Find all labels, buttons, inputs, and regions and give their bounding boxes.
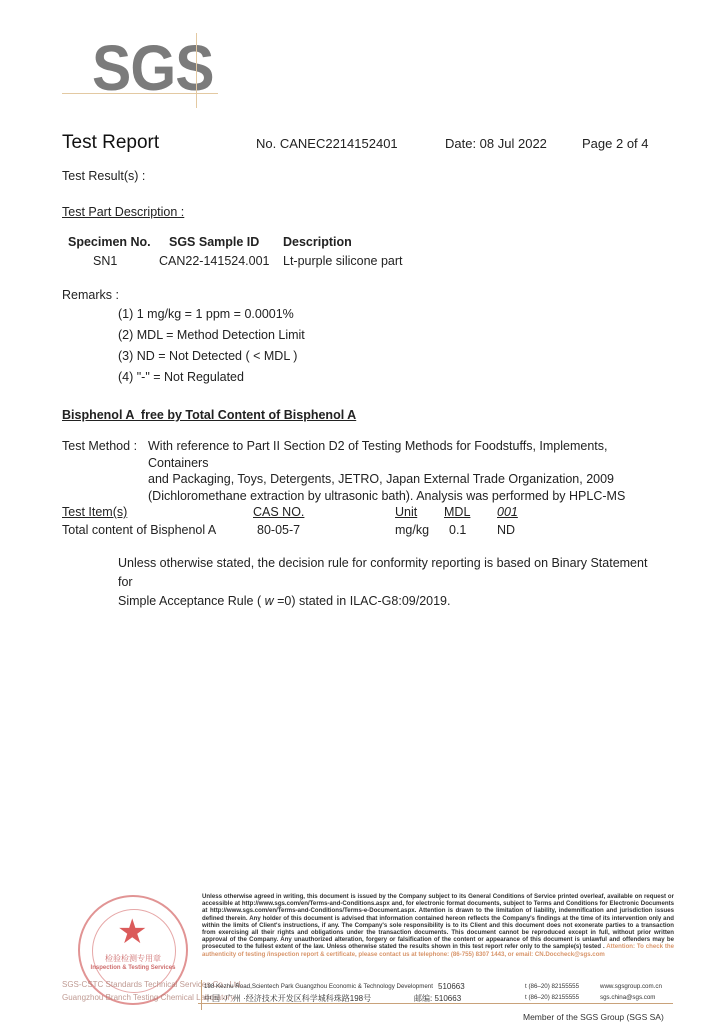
cas-no-header: CAS NO. <box>253 504 304 520</box>
description-header: Description <box>283 234 352 250</box>
unit-cell: mg/kg <box>395 522 429 538</box>
stamp-cn-text: 检验检测专用章 <box>80 953 186 964</box>
terms-text: Unless otherwise agreed in writing, this… <box>202 893 674 950</box>
stamp-en-text: Inspection & Testing Services <box>80 965 186 971</box>
test-item-cell: Total content of Bisphenol A <box>62 522 216 538</box>
remark-item: (3) ND = Not Detected ( < MDL ) <box>118 349 297 363</box>
test-method-line: With reference to Part II Section D2 of … <box>148 438 668 471</box>
remark-item: (2) MDL = Method Detection Limit <box>118 328 305 342</box>
remark-item: (1) 1 mg/kg = 1 ppm = 0.0001% <box>118 307 294 321</box>
mdl-header: MDL <box>444 504 470 520</box>
report-number: No. CANEC2214152401 <box>256 136 398 151</box>
decision-rule-line: Unless otherwise stated, the decision ru… <box>118 554 658 592</box>
logo-accent-vertical-line <box>196 33 197 108</box>
w-symbol: w <box>265 594 274 608</box>
sample-001-header: 001 <box>497 504 518 520</box>
phone-1: t (86–20) 82155555 <box>525 983 579 990</box>
decision-rule-fragment: =0) stated in ILAC-G8:09/2019. <box>274 594 451 608</box>
decision-rule-fragment: Simple Acceptance Rule ( <box>118 594 265 608</box>
postcode-english: 510663 <box>438 982 465 991</box>
remark-item: (4) "-" = Not Regulated <box>118 370 244 384</box>
test-method-label: Test Method : <box>62 438 137 454</box>
member-statement: Member of the SGS Group (SGS SA) <box>523 1012 664 1022</box>
section-title: Bisphenol A free by Total Content of Bis… <box>62 407 356 423</box>
test-results-label: Test Result(s) : <box>62 168 145 184</box>
test-method-text: With reference to Part II Section D2 of … <box>148 438 668 504</box>
terms-fine-print: Unless otherwise agreed in writing, this… <box>202 893 674 958</box>
report-date: Date: 08 Jul 2022 <box>445 136 547 151</box>
decision-rule-text: Unless otherwise stated, the decision ru… <box>118 554 658 611</box>
cas-no-cell: 80-05-7 <box>257 522 300 538</box>
test-method-line: (Dichloromethane extraction by ultrasoni… <box>148 488 668 505</box>
logo-accent-horizontal-line <box>62 93 218 94</box>
sample-id-header: SGS Sample ID <box>169 234 259 250</box>
decision-rule-line: Simple Acceptance Rule ( w =0) stated in… <box>118 592 658 611</box>
specimen-no-cell: SN1 <box>93 253 117 269</box>
website-link[interactable]: www.sgsgroup.com.cn <box>600 983 662 990</box>
email-link[interactable]: sgs.china@sgs.com <box>600 994 655 1001</box>
phone-2: t (86–20) 82155555 <box>525 994 579 1001</box>
remarks-label: Remarks : <box>62 287 119 303</box>
test-item-header: Test Item(s) <box>62 504 127 520</box>
unit-header: Unit <box>395 504 417 520</box>
result-cell: ND <box>497 522 515 538</box>
test-part-description-label: Test Part Description : <box>62 204 184 220</box>
star-icon: ★ <box>117 915 147 949</box>
description-cell: Lt-purple silicone part <box>283 253 403 269</box>
footer-vertical-line <box>201 980 202 1010</box>
footer-divider <box>198 1003 673 1004</box>
specimen-no-header: Specimen No. <box>68 234 151 250</box>
address-english: 198 Kezhu Road,Scientech Park Guangzhou … <box>204 983 434 990</box>
sample-id-cell: CAN22-141524.001 <box>159 253 270 269</box>
report-title: Test Report <box>62 132 159 154</box>
page-indicator: Page 2 of 4 <box>582 136 649 151</box>
test-method-line: and Packaging, Toys, Detergents, JETRO, … <box>148 471 668 488</box>
mdl-cell: 0.1 <box>449 522 466 538</box>
